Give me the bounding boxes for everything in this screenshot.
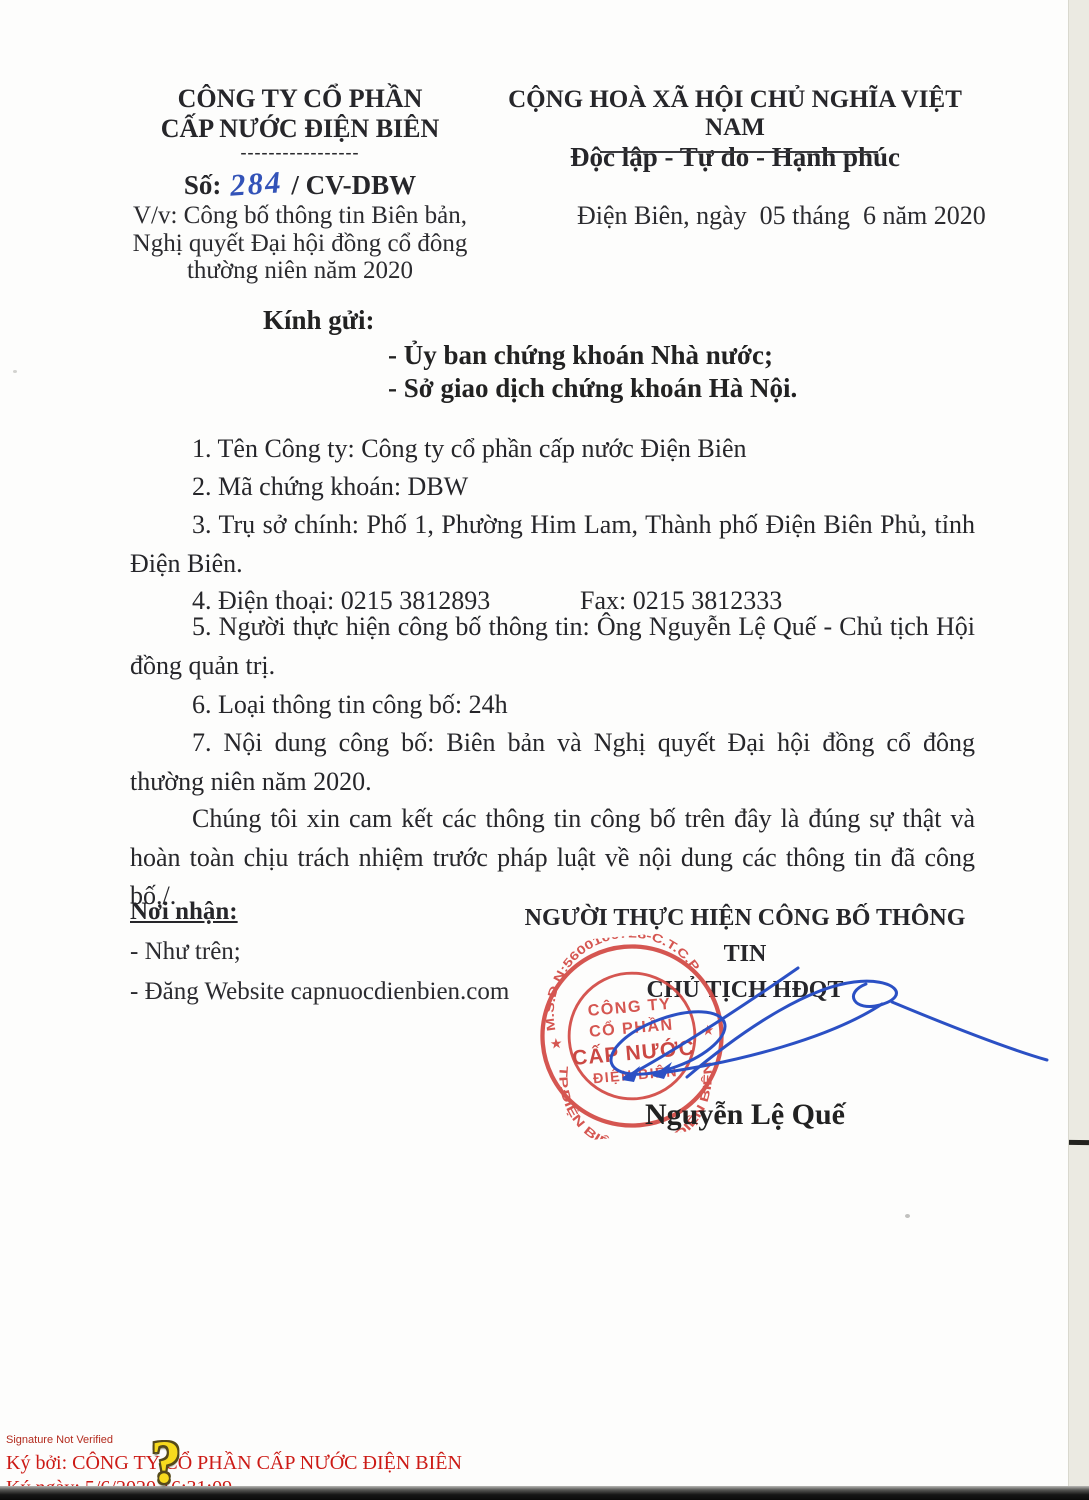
salutation-recipient-2: - Sở giao dịch chứng khoán Hà Nội. xyxy=(388,373,797,404)
footer-recipient-2: - Đăng Website capnuocdienbien.com xyxy=(130,978,509,1006)
salutation-recipient-1: - Ủy ban chứng khoán Nhà nước; xyxy=(388,340,773,371)
esign-warning-question-icon: ? xyxy=(151,1430,181,1494)
recipients-label: Nơi nhận: xyxy=(130,898,238,926)
national-motto-line1: CỘNG HOÀ XÃ HỘI CHỦ NGHĨA VIỆT NAM xyxy=(488,86,982,142)
national-header: CỘNG HOÀ XÃ HỘI CHỦ NGHĨA VIỆT NAM Độc l… xyxy=(488,86,982,172)
subject-line3: thường niên năm 2020 xyxy=(128,257,472,285)
scanned-letter-page: CÔNG TY CỔ PHẦN CẤP NƯỚC ĐIỆN BIÊN -----… xyxy=(0,0,1089,1500)
subject-line1: V/v: Công bố thông tin Biên bản, xyxy=(128,202,472,230)
stamp-star-left-icon: ★ xyxy=(549,1036,563,1053)
scan-speck xyxy=(905,1214,910,1218)
salutation-label: Kính gửi: xyxy=(263,305,374,336)
motto-underline xyxy=(600,151,878,153)
commitment-paragraph: Chúng tôi xin cam kết các thông tin công… xyxy=(130,800,975,916)
document-number-suffix: / CV-DBW xyxy=(291,170,416,200)
footer-recipient-1: - Như trên; xyxy=(130,938,241,966)
company-letterhead: CÔNG TY CỔ PHẦN CẤP NƯỚC ĐIỆN BIÊN -----… xyxy=(128,84,472,285)
national-motto-line2: Độc lập - Tự do - Hạnh phúc xyxy=(488,142,982,172)
esign-signed-by-text: Ký bởi: CÔNG TY CỔ PHẦN CẤP NƯỚC ĐIỆN BI… xyxy=(6,1452,462,1475)
signer-name: Nguyễn Lệ Quế xyxy=(505,1098,985,1132)
signature-strokes xyxy=(592,952,1062,1102)
subject-line2: Nghị quyết Đại hội đồng cổ đông xyxy=(128,230,472,258)
body-item-5: 5. Người thực hiện công bố thông tin: Ôn… xyxy=(130,608,975,685)
body-item-6: 6. Loại thông tin công bố: 24h xyxy=(130,686,975,725)
scan-edge-dark-mark xyxy=(1069,1140,1089,1145)
company-name-line2: CẤP NƯỚC ĐIỆN BIÊN xyxy=(128,114,472,144)
esign-status-text: Signature Not Verified xyxy=(6,1434,113,1446)
letterhead-divider: ----------------- xyxy=(128,144,472,160)
body-item-2: 2. Mã chứng khoán: DBW xyxy=(130,468,975,507)
body-item-1: 1. Tên Công ty: Công ty cổ phần cấp nước… xyxy=(130,430,975,469)
body-item-3: 3. Trụ sở chính: Phố 1, Phường Him Lam, … xyxy=(130,506,975,583)
scan-right-edge-strip xyxy=(1068,0,1089,1488)
company-name-line1: CÔNG TY CỔ PHẦN xyxy=(128,84,472,114)
place-date-line: Điện Biên, ngày 05 tháng 6 năm 2020 xyxy=(577,201,986,231)
document-number-line: Số: 284 / CV-DBW xyxy=(128,166,472,202)
document-number-handwritten: 284 xyxy=(227,164,286,204)
scan-speck xyxy=(13,370,17,373)
handwritten-signature xyxy=(592,952,1062,1102)
body-item-7: 7. Nội dung công bố: Biên bản và Nghị qu… xyxy=(130,724,975,801)
document-number-label: Số: xyxy=(184,170,222,200)
